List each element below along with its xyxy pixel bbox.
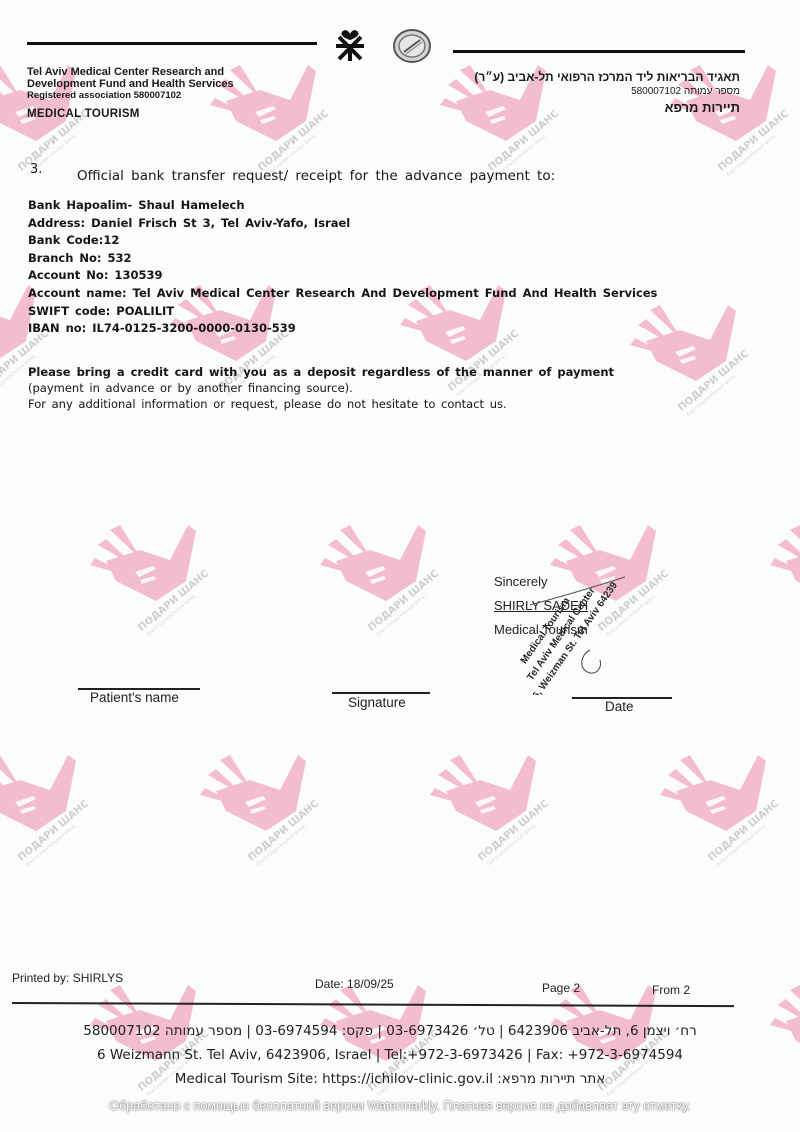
signature-label: Signature [348, 695, 406, 710]
page-number: Page 2 [542, 981, 580, 995]
charity-watermark-icon: ПОДАРИ ШАНС благотворительный фонд [760, 510, 800, 640]
print-date: Date: 18/09/25 [315, 977, 394, 991]
svg-text:ПОДАРИ ШАНС: ПОДАРИ ШАНС [476, 798, 550, 863]
footer-website: Medical Tourism Site: https://ichilov-cl… [0, 1068, 780, 1090]
branch-number: Branch No: 532 [28, 250, 657, 268]
svg-text:благотворительный фонд: благотворительный фонд [725, 133, 777, 178]
account-number: Account No: 130539 [28, 267, 657, 285]
charity-watermark-icon: ПОДАРИ ШАНС благотворительный фонд [650, 740, 780, 870]
svg-text:ПОДАРИ ШАНС: ПОДАРИ ШАНС [256, 108, 330, 173]
svg-text:ПОДАРИ ШАНС: ПОДАРИ ШАНС [676, 348, 750, 413]
bank-details: Bank Hapoalim- Shaul Hamelech Address: D… [28, 197, 657, 338]
svg-text:ПОДАРИ ШАНС: ПОДАРИ ШАНС [136, 568, 210, 633]
section-number: 3. [30, 162, 42, 177]
header-org-hebrew: תאגיד הבריאות ליד המרכז הרפואי תל-אביב (… [474, 70, 740, 115]
date-label: Date [605, 699, 634, 714]
svg-text:ПОДАРИ ШАНС: ПОДАРИ ШАНС [366, 568, 440, 633]
department-hebrew: תיירות מרפא [474, 100, 740, 115]
header-org-english: Tel Aviv Medical Center Research and Dev… [27, 66, 234, 120]
svg-text:ПОДАРИ ШАНС: ПОДАРИ ШАНС [486, 108, 560, 173]
charity-watermark-icon: ПОДАРИ ШАНС благотворительный фонд [310, 510, 440, 640]
financing-note: (payment in advance or by another financ… [28, 380, 614, 396]
account-name: Account name: Tel Aviv Medical Center Re… [28, 285, 657, 303]
org-name-line2: Development Fund and Health Services [27, 78, 234, 90]
svg-text:ПОДАРИ ШАНС: ПОДАРИ ШАНС [16, 798, 90, 863]
org-name-line1: Tel Aviv Medical Center Research and [27, 66, 234, 78]
footer-rule [12, 1002, 734, 1007]
bank-name: Bank Hapoalim- Shaul Hamelech [28, 197, 657, 215]
charity-watermark-icon: ПОДАРИ ШАНС благотворительный фонд [80, 510, 210, 640]
svg-text:благотворительный фонд: благотворительный фонд [255, 823, 307, 868]
svg-text:благотворительный фонд: благотворительный фонд [375, 593, 427, 638]
department-english: MEDICAL TOURISM [27, 108, 234, 120]
header-rule-left [27, 42, 317, 45]
swift-code: SWIFT code: POALILIT [28, 303, 657, 321]
charity-watermark-icon: ПОДАРИ ШАНС благотворительный фонд [420, 740, 550, 870]
credit-card-note: Please bring a credit card with you as a… [28, 364, 614, 380]
bank-code: Bank Code:12 [28, 232, 657, 250]
official-stamp: Medical Tourism Tel Aviv Medical Center … [470, 555, 660, 695]
seal-logo-icon [392, 28, 432, 64]
svg-text:благотворительный фонд: благотворительный фонд [685, 373, 737, 418]
iban: IBAN no: IL74-0125-3200-0000-0130-539 [28, 320, 657, 338]
svg-text:благотворительный фонд: благотворительный фонд [145, 593, 197, 638]
payment-notes: Please bring a credit card with you as a… [28, 364, 614, 412]
bank-address: Address: Daniel Frisch St 3, Tel Aviv-Ya… [28, 215, 657, 233]
svg-text:ПОДАРИ ШАНС: ПОДАРИ ШАНС [716, 108, 790, 173]
contact-note: For any additional information or reques… [28, 396, 614, 412]
printed-by: Printed by: SHIRLYS [12, 971, 123, 985]
org-name-hebrew: תאגיד הבריאות ליד המרכז הרפואי תל-אביב (… [474, 70, 740, 84]
charity-watermark-icon: ПОДАРИ ШАНС благотворительный фонд [190, 740, 320, 870]
registered-association: Registered association 580007102 [27, 90, 234, 102]
svg-text:ПОДАРИ ШАНС: ПОДАРИ ШАНС [706, 798, 780, 863]
header-rule-right [453, 50, 745, 53]
registered-hebrew: מספר עמותה 580007102 [474, 86, 740, 97]
footer-contact-hebrew: רח׳ ויצמן 6, תל-אביב 6423906 | טל׳ 03-69… [0, 1020, 780, 1042]
svg-text:благотворительный фонд: благотворительный фонд [485, 823, 537, 868]
charity-watermark-icon: ПОДАРИ ШАНС благотворительный фонд [0, 740, 90, 870]
section-title: Official bank transfer request/ receipt … [77, 168, 555, 184]
svg-text:благотворительный фонд: благотворительный фонд [715, 823, 767, 868]
footer-contact-english: 6 Weizmann St. Tel Aviv, 6423906, Israel… [0, 1044, 780, 1066]
patient-name-label: Patient's name [90, 690, 179, 705]
ichilov-logo-icon [332, 28, 368, 62]
svg-text:ПОДАРИ ШАНС: ПОДАРИ ШАНС [246, 798, 320, 863]
processing-note: Обработано с помощью бесплатной версии W… [0, 1099, 800, 1113]
page-total: From 2 [652, 983, 690, 997]
svg-text:благотворительный фонд: благотворительный фонд [25, 823, 77, 868]
signature-line [332, 692, 430, 694]
